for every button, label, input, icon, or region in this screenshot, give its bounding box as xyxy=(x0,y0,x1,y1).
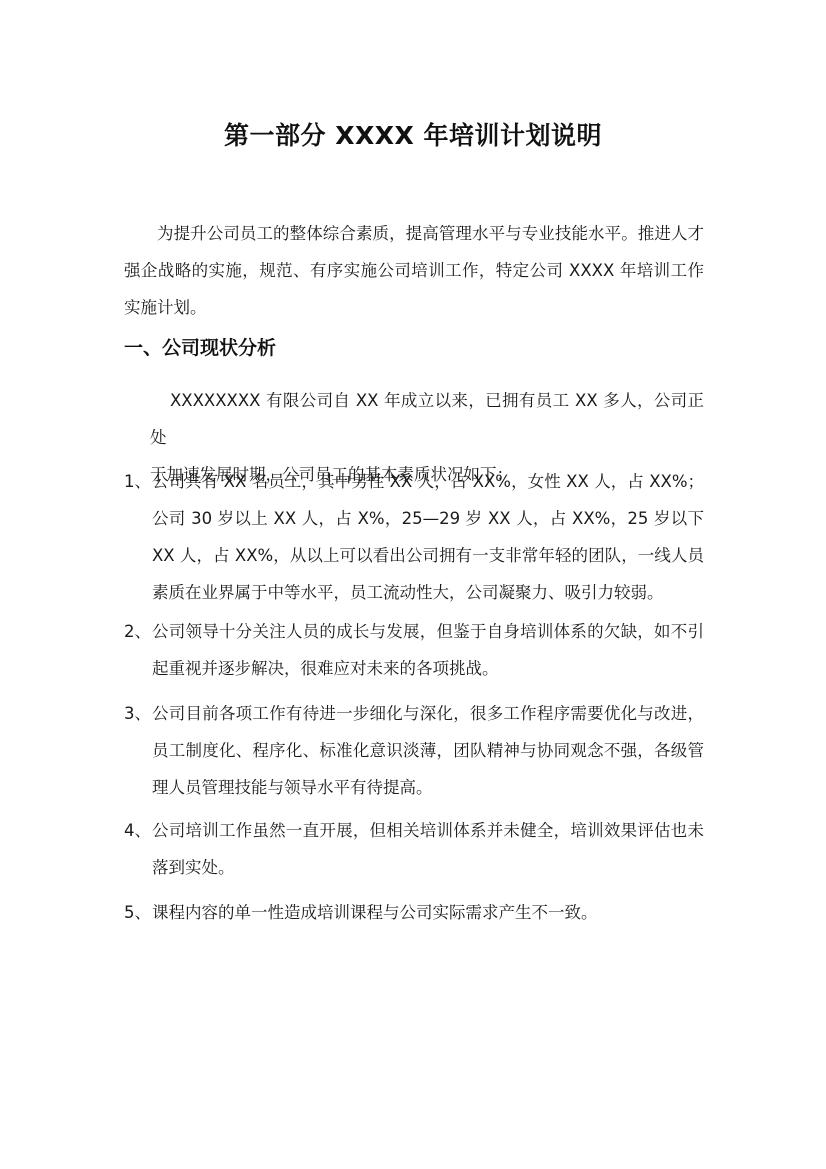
list-item-number: 3、 xyxy=(124,695,151,732)
list-item: 1、 公司共有 XX 名员工，其中男性 XX 人，占 XX%，女性 XX 人，占… xyxy=(124,463,704,611)
list-item-text: 公司共有 XX 名员工，其中男性 XX 人，占 XX%，女性 XX 人，占 XX… xyxy=(152,472,704,602)
list-item-text: 课程内容的单一性造成培训课程与公司实际需求产生不一致。 xyxy=(152,903,598,922)
intro-paragraph: 为提升公司员工的整体综合素质，提高管理水平与专业技能水平。推进人才强企战略的实施… xyxy=(124,215,704,326)
document-page: 第一部分 XXXX 年培训计划说明 为提升公司员工的整体综合素质，提高管理水平与… xyxy=(0,0,826,1169)
list-item-number: 5、 xyxy=(124,894,151,931)
list-item: 2、 公司领导十分关注人员的成长与发展，但鉴于自身培训体系的欠缺，如不引起重视并… xyxy=(124,613,704,687)
list-item-text: 公司领导十分关注人员的成长与发展，但鉴于自身培训体系的欠缺，如不引起重视并逐步解… xyxy=(152,622,704,678)
list-item: 3、 公司目前各项工作有待进一步细化与深化，很多工作程序需要优化与改进，员工制度… xyxy=(124,695,704,806)
list-item-number: 4、 xyxy=(124,812,151,849)
document-title: 第一部分 XXXX 年培训计划说明 xyxy=(0,116,826,152)
list-item: 4、 公司培训工作虽然一直开展，但相关培训体系并未健全，培训效果评估也未落到实处… xyxy=(124,812,704,886)
status-intro-line1: XXXXXXXX 有限公司自 XX 年成立以来，已拥有员工 XX 多人，公司正处 xyxy=(150,391,704,447)
list-item-number: 2、 xyxy=(124,613,151,650)
list-item-text: 公司目前各项工作有待进一步细化与深化，很多工作程序需要优化与改进，员工制度化、程… xyxy=(152,704,704,797)
section-heading-status-analysis: 一、公司现状分析 xyxy=(124,333,276,360)
list-item: 5、 课程内容的单一性造成培训课程与公司实际需求产生不一致。 xyxy=(124,894,704,931)
list-item-text: 公司培训工作虽然一直开展，但相关培训体系并未健全，培训效果评估也未落到实处。 xyxy=(152,821,704,877)
list-item-number: 1、 xyxy=(124,463,151,500)
